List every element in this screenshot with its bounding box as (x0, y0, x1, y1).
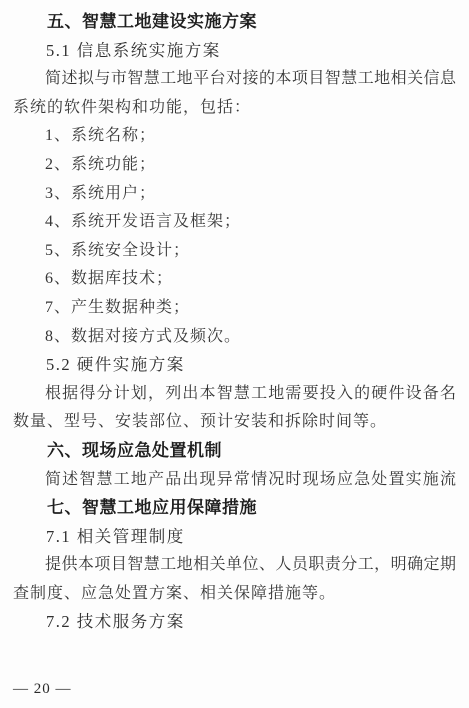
subsection-5-1-heading: 5.1 信息系统实施方案 (13, 37, 456, 66)
document-page: 五、智慧工地建设实施方案 5.1 信息系统实施方案 简述拟与市智慧工地平台对接的… (0, 0, 469, 708)
list-item-5: 5、系统安全设计； (13, 237, 456, 266)
document-content: 五、智慧工地建设实施方案 5.1 信息系统实施方案 简述拟与市智慧工地平台对接的… (0, 0, 469, 637)
section-5-heading: 五、智慧工地建设实施方案 (13, 8, 456, 37)
subsection-7-2-heading: 7.2 技术服务方案 (13, 608, 456, 637)
subsection-7-1-heading: 7.1 相关管理制度 (13, 523, 456, 552)
list-item-8: 8、数据对接方式及频次。 (13, 323, 456, 352)
paragraph-5-1-line-2: 系统的软件架构和功能，包括： (13, 94, 456, 123)
paragraph-7-1-line-2: 查制度、应急处置方案、相关保障措施等。 (13, 580, 456, 609)
list-item-3: 3、系统用户； (13, 180, 456, 209)
list-item-4: 4、系统开发语言及框架； (13, 208, 456, 237)
list-item-6: 6、数据库技术； (13, 265, 456, 294)
subsection-5-2-heading: 5.2 硬件实施方案 (13, 351, 456, 380)
paragraph-5-1-line-1: 简述拟与市智慧工地平台对接的本项目智慧工地相关信息 (13, 65, 456, 94)
section-7-heading: 七、智慧工地应用保障措施 (13, 494, 456, 523)
section-6-heading: 六、现场应急处置机制 (13, 437, 456, 466)
list-item-7: 7、产生数据种类； (13, 294, 456, 323)
paragraph-5-2-line-2: 数量、型号、安装部位、预计安装和拆除时间等。 (13, 408, 456, 437)
page-number: — 20 — (13, 679, 72, 699)
list-item-1: 1、系统名称； (13, 122, 456, 151)
paragraph-6-line-1: 简述智慧工地产品出现异常情况时现场应急处置实施流程。 (13, 466, 456, 495)
list-item-2: 2、系统功能； (13, 151, 456, 180)
paragraph-7-1-line-1: 提供本项目智慧工地相关单位、人员职责分工，明确定期检 (13, 551, 456, 580)
paragraph-5-2-line-1: 根据得分计划，列出本智慧工地需要投入的硬件设备名称、 (13, 380, 456, 409)
